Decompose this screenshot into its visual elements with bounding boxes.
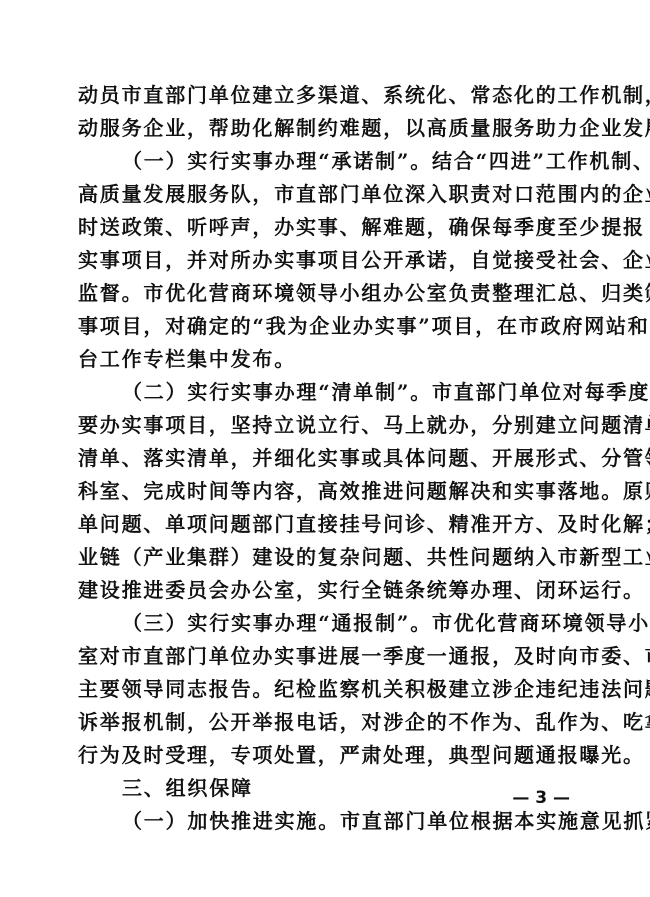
- text-line: 要办实事项目，坚持立说立行、马上就办，分别建立问题清单、责任: [78, 409, 572, 442]
- section-3-title-line: （三）实行实事办理“通报制”。市优化营商环境领导小组办公: [78, 607, 572, 640]
- text-line: 动员市直部门单位建立多渠道、系统化、常态化的工作机制，积极主: [78, 79, 572, 112]
- text-line: 科室、完成时间等内容，高效推进问题解决和实事落地。原则上简: [78, 475, 572, 508]
- text-line: 监督。市优化营商环境领导小组办公室负责整理汇总、归类筛选实: [78, 277, 572, 310]
- text-line: 时送政策、听呼声，办实事、解难题，确保每季度至少提报 1 件以上: [78, 211, 572, 244]
- text-line: 台工作专栏集中发布。: [78, 343, 572, 376]
- text-line: 动服务企业，帮助化解制约难题，以高质量服务助力企业发展。: [78, 112, 572, 145]
- text-line: 诉举报机制，公开举报电话，对涉企的不作为、乱作为、吃拿卡要等: [78, 706, 572, 739]
- page-number: — 3 —: [500, 788, 570, 808]
- text-line: 建设推进委员会办公室，实行全链条统筹办理、闭环运行。: [78, 574, 572, 607]
- section-2-title-line: （二）实行实事办理“清单制”。市直部门单位对每季度确定的: [78, 376, 572, 409]
- text-line: 单问题、单项问题部门直接挂号问诊、精准开方、及时化解；涉及产: [78, 508, 572, 541]
- document-page: 动员市直部门单位建立多渠道、系统化、常态化的工作机制，积极主 动服务企业，帮助化…: [0, 0, 650, 897]
- text-line: 实事项目，并对所办实事项目公开承诺，自觉接受社会、企业、群众: [78, 244, 572, 277]
- text-line: 室对市直部门单位办实事进展一季度一通报，及时向市委、市政府: [78, 640, 572, 673]
- text-line: 业链（产业集群）建设的复杂问题、共性问题纳入市新型工业化强市: [78, 541, 572, 574]
- text-line: 主要领导同志报告。纪检监察机关积极建立涉企违纪违法问题投: [78, 673, 572, 706]
- document-body: 动员市直部门单位建立多渠道、系统化、常态化的工作机制，积极主 动服务企业，帮助化…: [78, 79, 572, 838]
- text-line: 行为及时受理，专项处置，严肃处理，典型问题通报曝光。: [78, 739, 572, 772]
- text-line: 清单、落实清单，并细化实事或具体问题、开展形式、分管领导、责任: [78, 442, 572, 475]
- section-1-title-line: （一）实行实事办理“承诺制”。结合“四进”工作机制、民营企业: [78, 145, 572, 178]
- text-line: 事项目，对确定的“我为企业办实事”项目，在市政府网站和市电视: [78, 310, 572, 343]
- subsection-title-line: （一）加快推进实施。市直部门单位根据本实施意见抓紧研究: [78, 805, 572, 838]
- text-line: 高质量发展服务队，市直部门单位深入职责对口范围内的企业，及: [78, 178, 572, 211]
- chapter-heading: 三、组织保障: [78, 772, 572, 805]
